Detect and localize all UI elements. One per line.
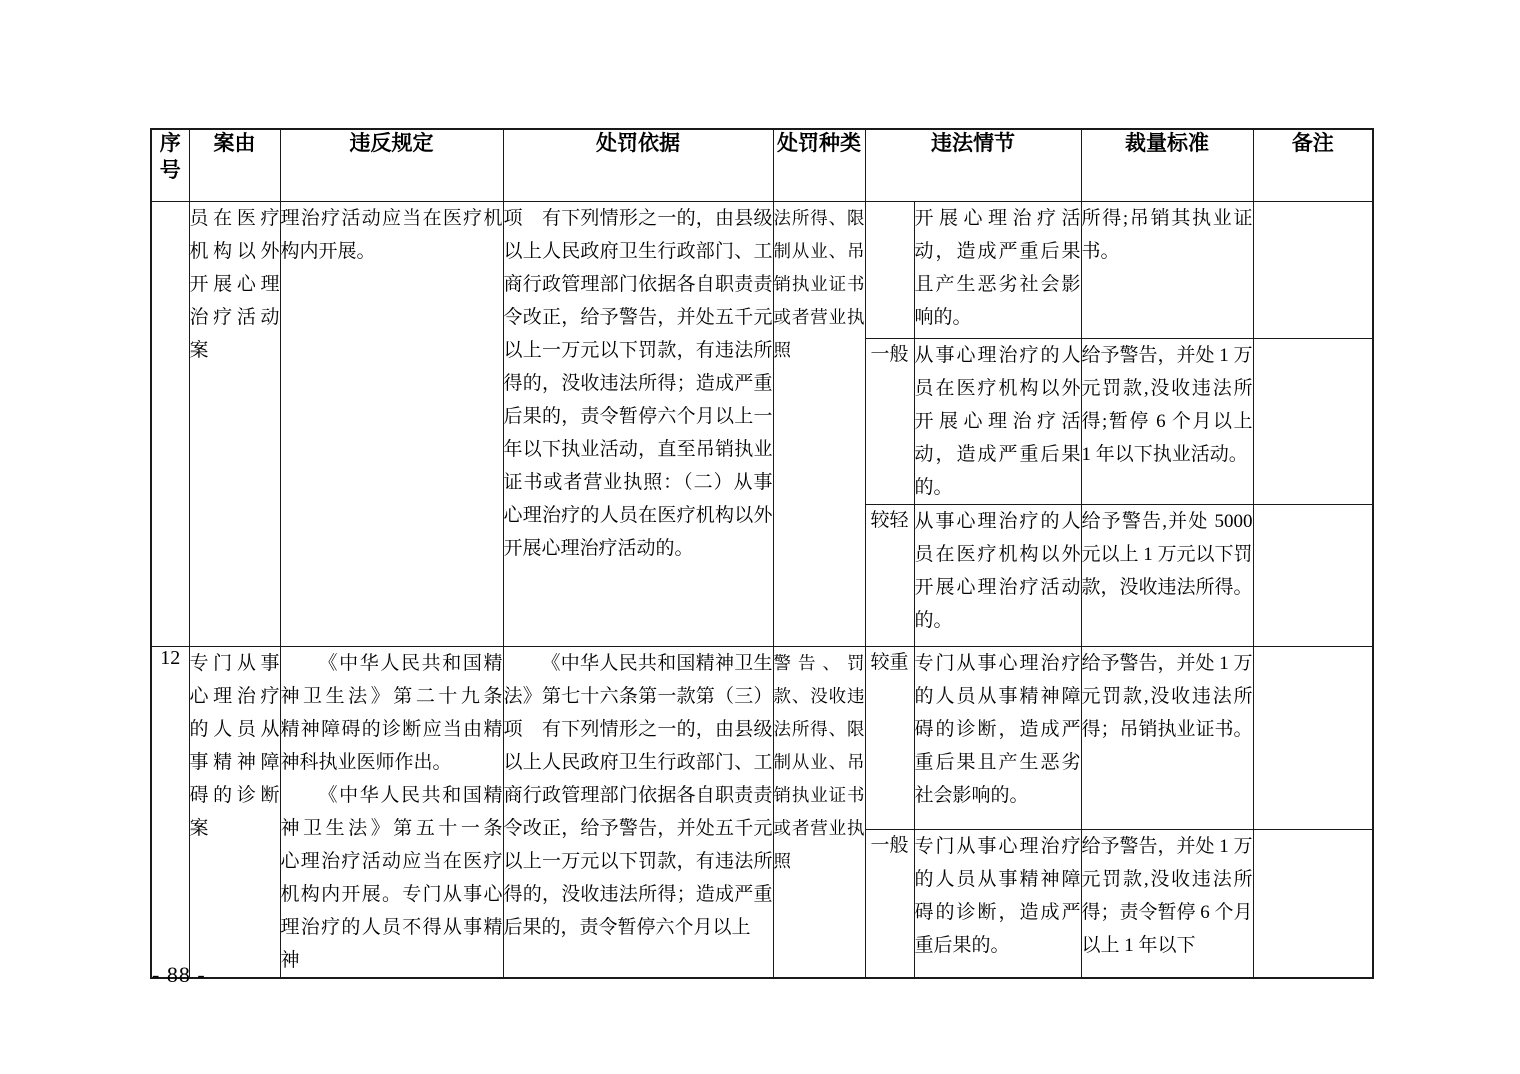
case12-subrow-1: 12 专门从事心理治疗的人员从事精神障碍的诊断案 《中华人民共和国精神卫生法》第… [151,646,1373,830]
case12-penalty-type-cell: 警告、罚款、没收违法所得、限制从业、吊销执业证书或者营业执照 [773,646,865,978]
header-remark: 备注 [1253,129,1373,201]
document-page: 序号 案由 违反规定 处罚依据 处罚种类 违法情节 裁量标准 备注 员在医疗机构… [0,0,1520,1074]
case11-sub1-circumstance-cell: 开展心理治疗活动，造成严重后果且产生恶劣社会影响的。 [914,201,1081,338]
penalty-table-sheet: 序号 案由 违反规定 处罚依据 处罚种类 违法情节 裁量标准 备注 员在医疗机构… [150,128,1374,979]
case12-sub1-standard-cell: 给予警告，并处 1 万元罚款,没收违法所得；吊销执业证书。 [1081,646,1253,830]
case12-index-cell: 12 [151,646,189,978]
case12-sub2-remark-cell [1253,830,1373,978]
header-penalty-type: 处罚种类 [773,129,865,201]
case12-penalty-basis-para: 《中华人民共和国精神卫生法》第七十六条第一款第（三）项 有下列情形之一的，由县级… [504,647,773,944]
case12-sub1-severity-cell: 较重 [865,646,914,830]
header-penalty-basis: 处罚依据 [503,129,773,201]
case12-cause-cell: 专门从事心理治疗的人员从事精神障碍的诊断案 [189,646,280,978]
case11-cause-cell: 员在医疗机构以外开展心理治疗活动案 [189,201,280,646]
case11-sub3-severity-cell: 较轻 [865,504,914,646]
case11-sub2-circumstance-cell: 从事心理治疗的人员在医疗机构以外开展心理治疗活动，造成严重后果的。 [914,338,1081,504]
case11-index-cell [151,201,189,646]
case11-penalty-type-cell: 法所得、限制从业、吊销执业证书或者营业执照 [773,201,865,646]
case11-sub3-standard-cell: 给予警告,并处 5000 元以上 1 万元以下罚款，没收违法所得。 [1081,504,1253,646]
case11-sub2-severity-cell: 一般 [865,338,914,504]
penalty-discretion-table: 序号 案由 违反规定 处罚依据 处罚种类 违法情节 裁量标准 备注 员在医疗机构… [150,128,1374,979]
header-violated-rule: 违反规定 [280,129,503,201]
case12-violated-rule-para2: 《中华人民共和国精神卫生法》第五十一条 心理治疗活动应当在医疗机构内开展。专门从… [281,779,503,977]
header-circumstance: 违法情节 [865,129,1081,201]
case11-sub2-remark-cell [1253,338,1373,504]
case12-sub2-circumstance-cell: 专门从事心理治疗的人员从事精神障碍的诊断，造成严重后果的。 [914,830,1081,978]
case11-sub1-remark-cell [1253,201,1373,338]
case12-penalty-basis-cell: 《中华人民共和国精神卫生法》第七十六条第一款第（三）项 有下列情形之一的，由县级… [503,646,773,978]
case11-sub1-severity-cell [865,201,914,338]
case11-sub3-remark-cell [1253,504,1373,646]
case11-subrow-1: 员在医疗机构以外开展心理治疗活动案 理治疗活动应当在医疗机构内开展。 项 有下列… [151,201,1373,338]
case12-sub1-circumstance-cell: 专门从事心理治疗的人员从事精神障碍的诊断，造成严重后果且产生恶劣社会影响的。 [914,646,1081,830]
case11-penalty-basis-cell: 项 有下列情形之一的，由县级以上人民政府卫生行政部门、工商行政管理部门依据各自职… [503,201,773,646]
page-number: - 88 - [152,962,206,988]
case11-sub2-standard-cell: 给予警告，并处 1 万元罚款,没收违法所得;暂停 6 个月以上 1 年以下执业活… [1081,338,1253,504]
header-standard: 裁量标准 [1081,129,1253,201]
case11-violated-rule-cell: 理治疗活动应当在医疗机构内开展。 [280,201,503,646]
case12-sub1-remark-cell [1253,646,1373,830]
case12-sub2-severity-cell: 一般 [865,830,914,978]
case11-sub3-circumstance-cell: 从事心理治疗的人员在医疗机构以外开展心理治疗活动的。 [914,504,1081,646]
case12-sub2-standard-cell: 给予警告，并处 1 万元罚款,没收违法所得；责令暂停 6 个月以上 1 年以下 [1081,830,1253,978]
case12-violated-rule-cell: 《中华人民共和国精神卫生法》第二十九条 精神障碍的诊断应当由精神科执业医师作出。… [280,646,503,978]
header-row: 序号 案由 违反规定 处罚依据 处罚种类 违法情节 裁量标准 备注 [151,129,1373,201]
header-index: 序号 [151,129,189,201]
case12-violated-rule-para1: 《中华人民共和国精神卫生法》第二十九条 精神障碍的诊断应当由精神科执业医师作出。 [281,647,503,779]
case11-sub1-standard-cell: 所得;吊销其执业证书。 [1081,201,1253,338]
header-cause: 案由 [189,129,280,201]
